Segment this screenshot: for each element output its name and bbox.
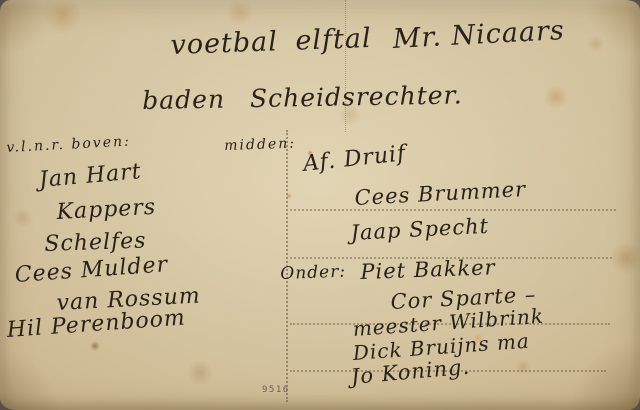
top-row-name-6: Hil Perenboom <box>6 305 187 342</box>
print-number: 9516 <box>262 385 290 395</box>
middle-row-name-1: Af. Druif <box>302 141 407 177</box>
postcard: voetbal elftal Mr. Nicaars baden Scheids… <box>0 0 640 410</box>
heading-team-text: voetbal elftal <box>170 23 372 61</box>
heading-photographer-text: Mr. Nicaars <box>392 15 565 55</box>
bottom-row-label: Onder: <box>280 262 346 284</box>
middle-row-name-2: Cees Brummer <box>354 177 527 210</box>
crease-line-vertical <box>345 0 346 132</box>
top-row-name-1: Jan Hart <box>38 159 143 193</box>
top-row-name-2: Kappers <box>56 195 157 225</box>
postcard-scan: voetbal elftal Mr. Nicaars baden Scheids… <box>0 0 640 410</box>
heading-referee-text: baden Scheidsrechter. <box>142 80 463 115</box>
bottom-row-name-1: Piet Bakker <box>360 255 496 284</box>
top-row-label: v.l.n.r. boven: <box>6 133 131 155</box>
top-row-name-4: Cees Mulder <box>14 252 169 288</box>
address-line-1 <box>290 209 616 211</box>
middle-row-name-3: Jaap Specht <box>350 214 490 245</box>
top-row-name-3: Schelfes <box>44 228 147 257</box>
middle-row-label: midden: <box>224 135 296 153</box>
